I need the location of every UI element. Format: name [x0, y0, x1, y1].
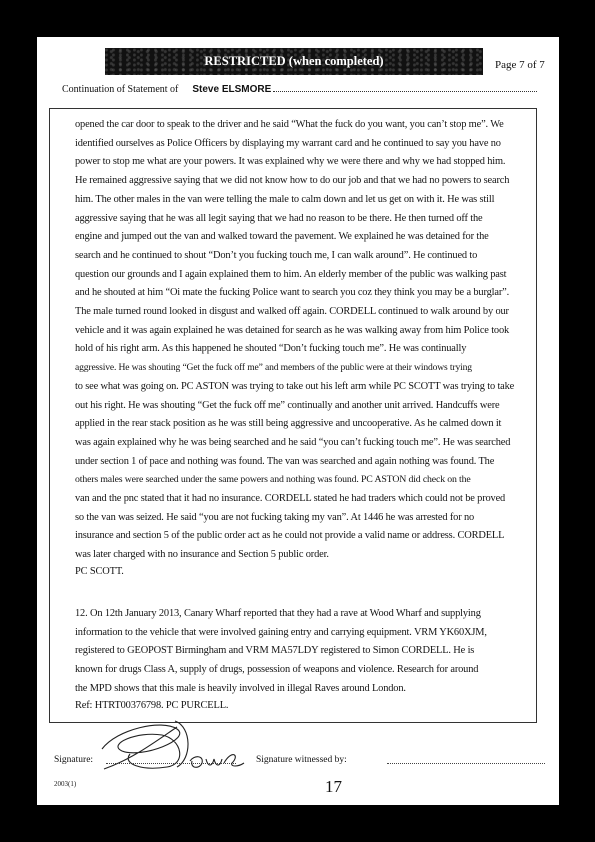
statement-line: van and the pnc stated that it had no in…: [75, 490, 530, 509]
page-indicator: Page 7 of 7: [495, 59, 545, 71]
statement-line: power to stop me what are your powers. I…: [75, 153, 530, 172]
statement-page: RESTRICTED (when completed) Page 7 of 7 …: [37, 37, 559, 805]
continuation-label: Continuation of Statement of: [62, 84, 178, 95]
statement-line: others males were searched under the sam…: [75, 471, 530, 490]
statement-line: insurance and section 5 of the public or…: [75, 527, 530, 546]
statement-line: identified ourselves as Police Officers …: [75, 135, 530, 154]
statement-line: applied in the rear stack position as he…: [75, 415, 530, 434]
statement-line: was again explained why he was being sea…: [75, 434, 530, 453]
statement-line: him. The other males in the van were tel…: [75, 191, 530, 210]
statement-line: registered to GEOPOST Birmingham and VRM…: [75, 642, 530, 661]
statement-paragraph-2: 12. On 12th January 2013, Canary Wharf r…: [75, 605, 530, 713]
officer-signoff: PC SCOTT.: [75, 565, 530, 579]
statement-line: vehicle and it was again explained he wa…: [75, 322, 530, 341]
statement-line: known for drugs Class A, supply of drugs…: [75, 661, 530, 680]
form-code: 2003(1): [54, 780, 76, 788]
statement-line: under section 1 of pace and nothing was …: [75, 453, 530, 472]
bundle-page-number: 17: [325, 777, 342, 797]
statement-line: hold of his right arm. As this happened …: [75, 340, 530, 359]
statement-paragraph-1: opened the car door to speak to the driv…: [75, 116, 530, 579]
statement-line: so the van was seized. He said “you are …: [75, 509, 530, 528]
continuation-line: Continuation of Statement of Steve ELSMO…: [62, 83, 537, 95]
statement-line: He remained aggressive saying that we di…: [75, 172, 530, 191]
handwritten-signature-icon: [82, 719, 252, 775]
statement-line: to see what was going on. PC ASTON was t…: [75, 378, 530, 397]
statement-line: opened the car door to speak to the driv…: [75, 116, 530, 135]
statement-line: was later charged with no insurance and …: [75, 546, 530, 565]
witness-name: Steve ELSMORE: [192, 84, 271, 95]
classification-banner: RESTRICTED (when completed): [105, 48, 483, 75]
witness-signature-line: [387, 763, 545, 764]
witness-signature-label: Signature witnessed by:: [256, 755, 347, 765]
statement-line: aggressive. He was shouting “Get the fuc…: [75, 359, 530, 378]
dotted-fill: [273, 83, 537, 92]
statement-box: opened the car door to speak to the driv…: [49, 108, 537, 723]
statement-line: aggressive saying that he was all legit …: [75, 210, 530, 229]
statement-line: and he shouted at him “Oi mate the fucki…: [75, 284, 530, 303]
statement-line: search and he continued to shout “Don’t …: [75, 247, 530, 266]
statement-line: engine and jumped out the van and walked…: [75, 228, 530, 247]
statement-line: 12. On 12th January 2013, Canary Wharf r…: [75, 605, 530, 624]
reference-line: Ref: HTRT00376798. PC PURCELL.: [75, 699, 530, 713]
statement-line: information to the vehicle that were inv…: [75, 624, 530, 643]
statement-line: the MPD shows that this male is heavily …: [75, 680, 530, 699]
statement-line: out his right. He was shouting “Get the …: [75, 397, 530, 416]
statement-line: The male turned round looked in disgust …: [75, 303, 530, 322]
statement-line: question our grounds and I again explain…: [75, 266, 530, 285]
